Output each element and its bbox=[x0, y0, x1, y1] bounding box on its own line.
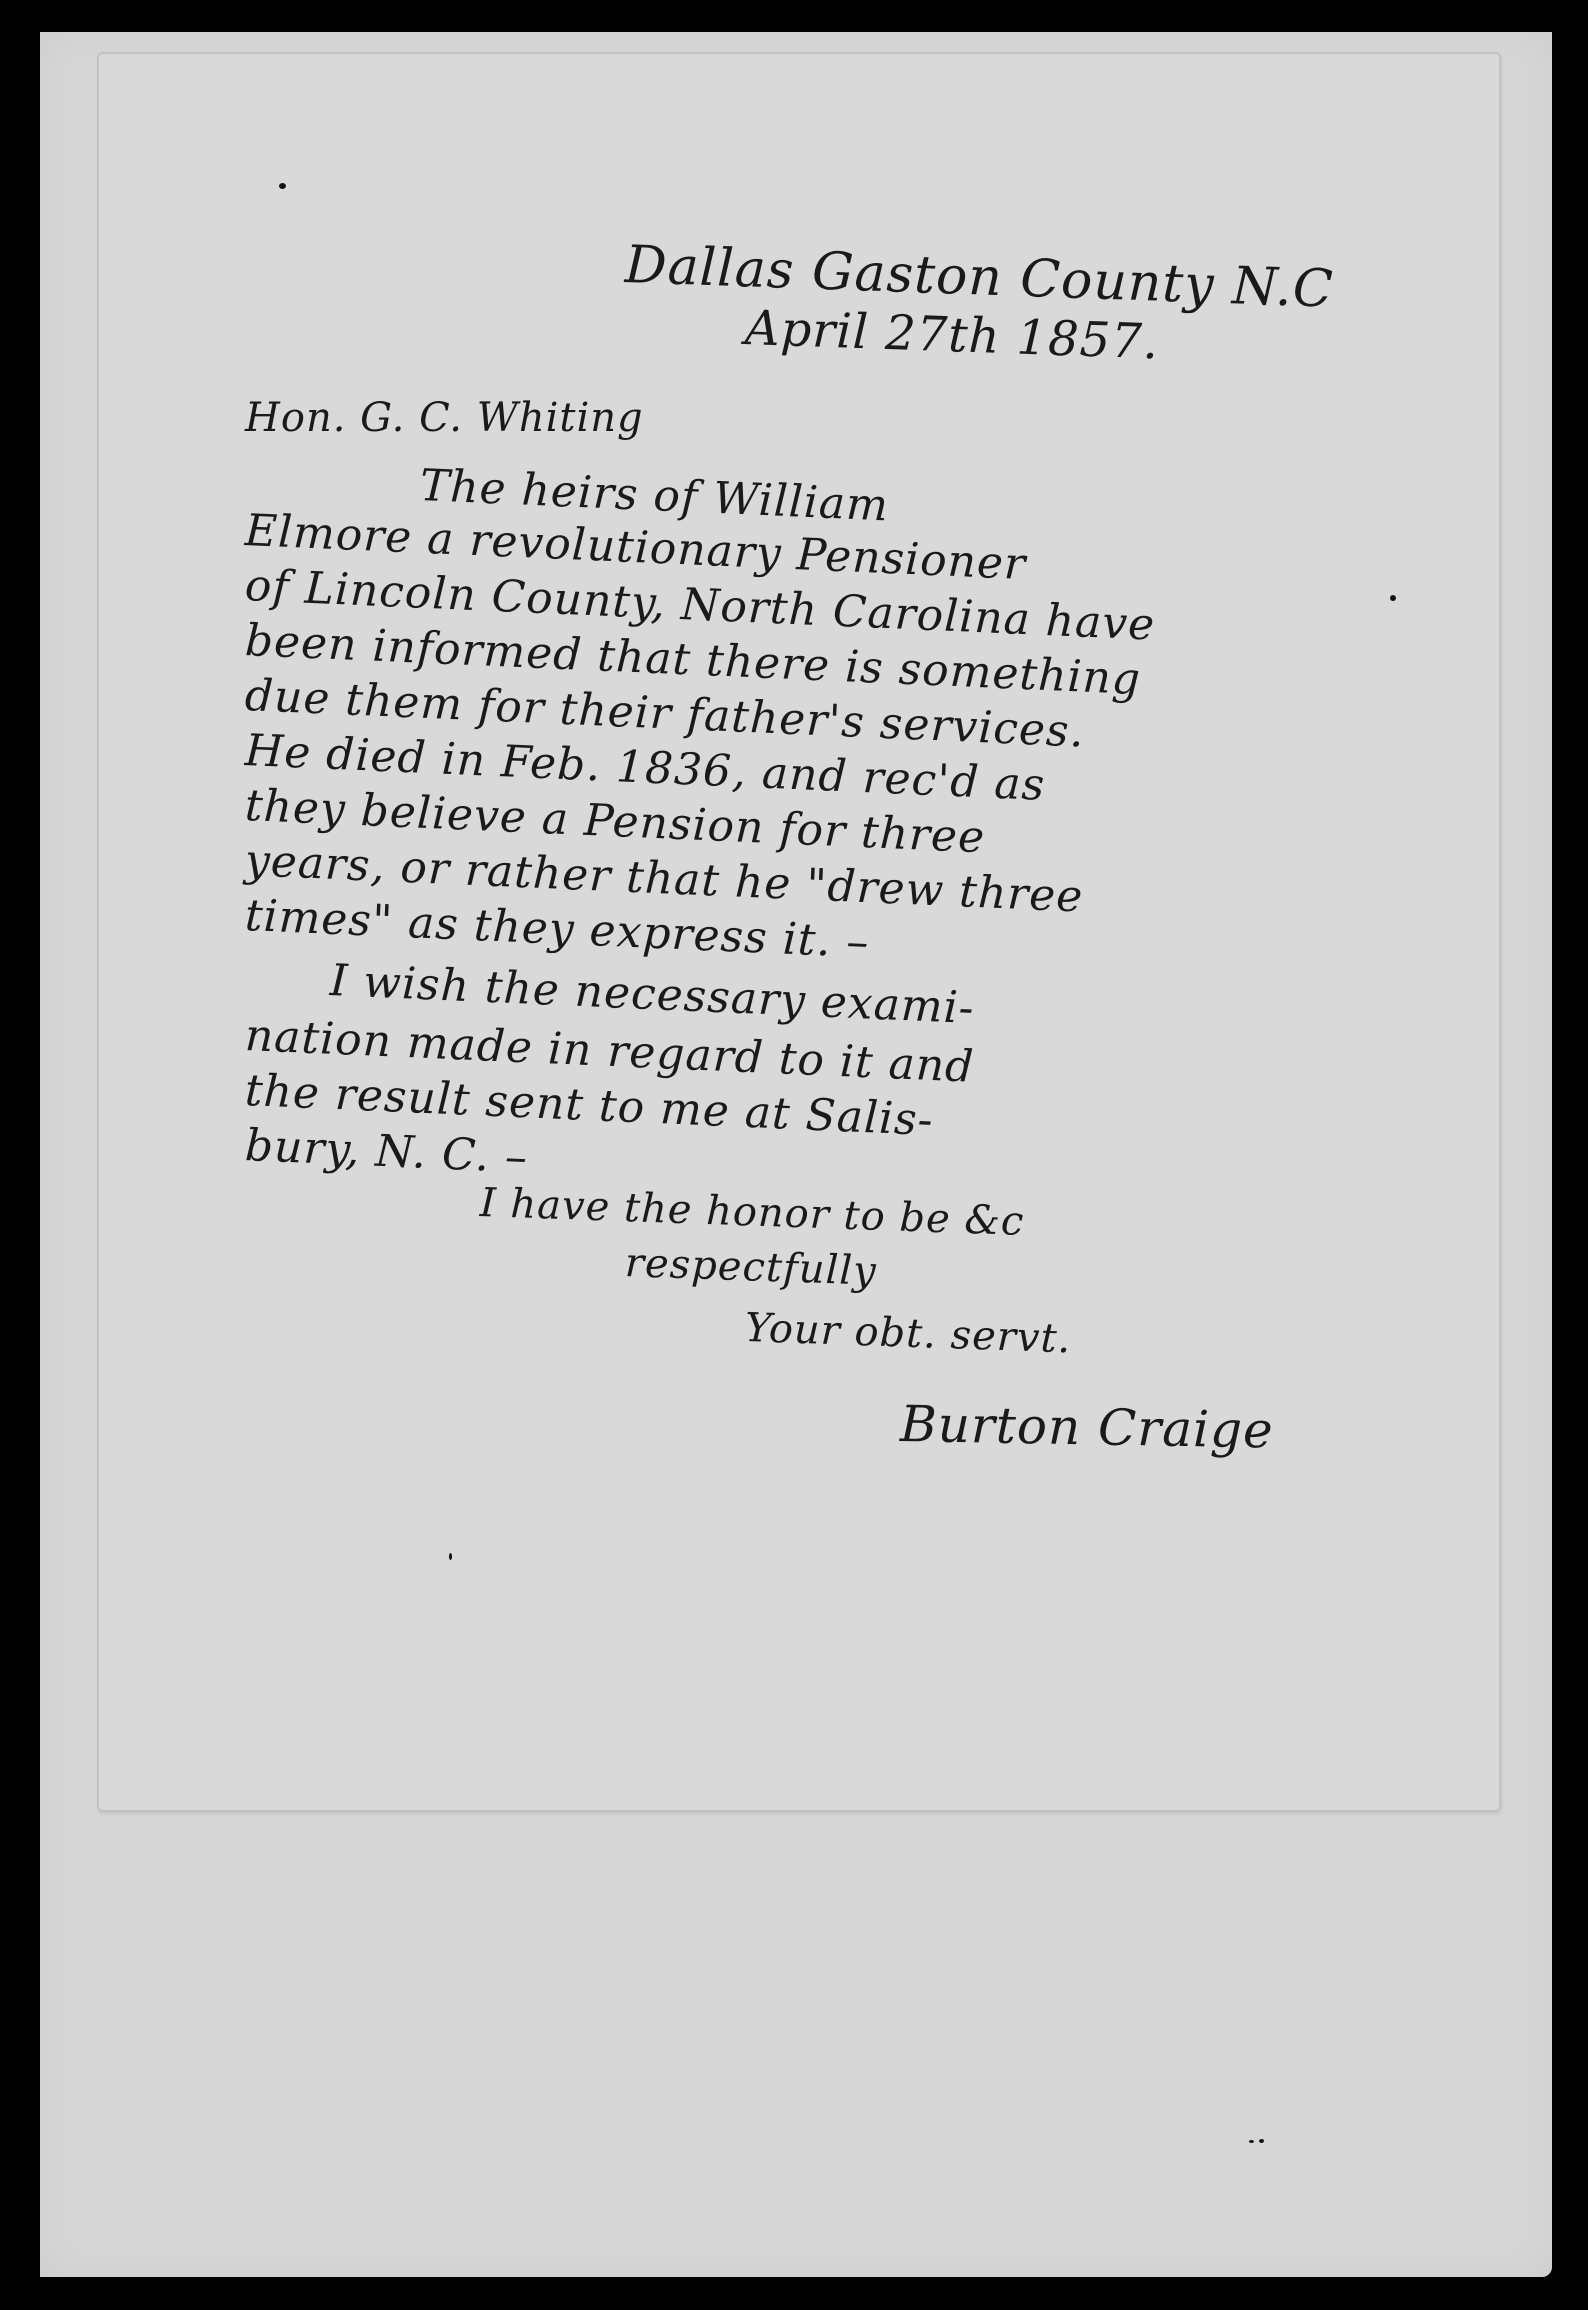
ink-speck bbox=[449, 1553, 452, 1560]
ink-speck bbox=[1390, 595, 1396, 601]
letter-salutation: Hon. G. C. Whiting bbox=[245, 395, 644, 441]
signature: Burton Craige bbox=[899, 1395, 1274, 1460]
ink-speck bbox=[1249, 2140, 1254, 2143]
ink-speck bbox=[279, 183, 286, 189]
ink-speck bbox=[1259, 2139, 1264, 2143]
closing-line: respectfully bbox=[624, 1240, 877, 1295]
